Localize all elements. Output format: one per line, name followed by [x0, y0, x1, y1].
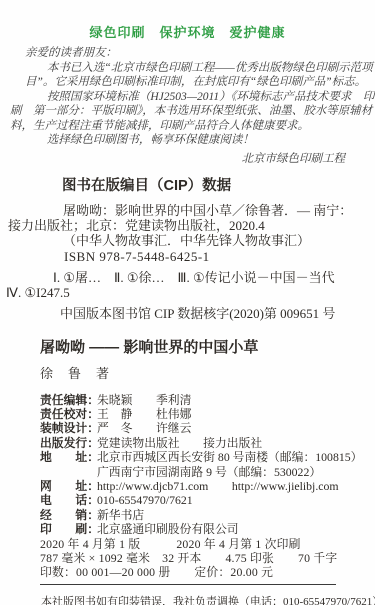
book-author: 徐 鲁 著	[40, 363, 375, 382]
cip-block: 图书在版编目（CIP）数据 屠呦呦：影响世界的中国小草／徐鲁著．— 南宁： 接力…	[0, 179, 375, 321]
notice-signature: 北京市绿色印刷工程	[0, 150, 345, 166]
cip-heading: 图书在版编目（CIP）数据	[62, 179, 375, 194]
green-printing-header: 绿色印刷 保护环境 爱护健康	[0, 22, 375, 41]
colophon-label: 责任编辑：	[40, 393, 97, 407]
colophon-label: 装帧设计：	[40, 421, 97, 435]
colophon-value: 党建读物出版社 接力出版社	[97, 436, 262, 450]
misprint-exchange-note: 本社版图书如有印装错误，我社负责调换（电话：010-65547970/7621）	[41, 593, 375, 605]
colophon-block: 责任编辑：朱晓颖 季利清 责任校对：王 静 杜伟娜 装帧设计：严 冬 许继云 出…	[40, 393, 375, 580]
colophon-row: 印 刷：北京盛通印刷股份有限公司	[40, 522, 375, 536]
book-title: 屠呦呦 —— 影响世界的中国小草	[40, 336, 375, 357]
copyright-page: 绿色印刷 保护环境 爱护健康 亲爱的读者朋友： 本书已入选“北京市绿色印刷工程—…	[0, 0, 375, 605]
cip-classification-line: Ⅰ. ①屠… Ⅱ. ①徐… Ⅲ. ①传记小说－中国－当代	[53, 270, 375, 285]
cip-record-line: 屠呦呦：影响世界的中国小草／徐鲁著．— 南宁：	[63, 203, 375, 218]
notice-line: 按照国家环境标准（HJ2503—2011）《环境标志产品技术要求 印	[25, 90, 347, 105]
colophon-row: 责任编辑：朱晓颖 季利清	[40, 393, 375, 407]
colophon-label: 电 话：	[40, 493, 97, 507]
reader-notice: 亲爱的读者朋友： 本书已入选“北京市绿色印刷工程——优秀出版物绿色印刷示范项 目…	[25, 46, 347, 148]
notice-line: 料，生产过程注重节能减排，印刷产品符合人体健康要求。	[10, 119, 347, 134]
isbn-line: ISBN 978-7-5448-6425-1	[64, 249, 375, 264]
notice-line: 刷 第一部分：平版印刷》，本书选用环保型纸张、油墨、胶水等原辅材	[10, 104, 347, 119]
colophon-label: 网 址：	[40, 479, 97, 493]
colophon-row: 地 址：北京市西城区西长安街 80 号南楼（邮编：100815）	[40, 450, 375, 464]
colophon-value: 王 静 杜伟娜	[97, 407, 191, 421]
edition-line: 2020 年 4 月第 1 版 2020 年 4 月第 1 次印刷	[40, 537, 375, 551]
notice-line: 选择绿色印刷图书，畅享环保健康阅读！	[25, 133, 347, 148]
colophon-value: 广西南宁市园湖南路 9 号（邮编：530022）	[97, 465, 321, 479]
colophon-label: 印 刷：	[40, 522, 97, 536]
colophon-row: 装帧设计：严 冬 许继云	[40, 421, 375, 435]
colophon-row: 电 话：010-65547970/7621	[40, 493, 375, 507]
print-run-line: 印数：00 001—20 000 册 定价：20.00 元	[40, 565, 375, 579]
colophon-value: 北京市西城区西长安街 80 号南楼（邮编：100815）	[97, 450, 362, 464]
colophon-row: 经 销：新华书店	[40, 508, 375, 522]
colophon-value: 010-65547970/7621	[97, 493, 193, 507]
colophon-label: 经 销：	[40, 508, 97, 522]
colophon-label: 责任校对：	[40, 407, 97, 421]
notice-line: 目”。它采用绿色印刷标准印制，在封底印有“绿色印刷产品”标志。	[25, 75, 347, 90]
colophon-label: 地 址：	[40, 450, 97, 464]
book-title-block: 屠呦呦 —— 影响世界的中国小草 徐 鲁 著	[40, 336, 375, 382]
format-line: 787 毫米 × 1092 毫米 32 开本 4.75 印张 70 千字	[40, 551, 375, 565]
colophon-row: 责任校对：王 静 杜伟娜	[40, 407, 375, 421]
footer-divider	[40, 584, 336, 585]
colophon-row: 网 址：http://www.djcb71.com http://www.jie…	[40, 479, 375, 493]
cip-series-line: （中华人物故事汇．中华先锋人物故事汇）	[63, 233, 375, 248]
cip-classification-line: Ⅳ. ①I247.5	[6, 285, 375, 300]
colophon-row: 出版发行：党建读物出版社 接力出版社	[40, 436, 375, 450]
colophon-value: 严 冬 许继云	[97, 421, 191, 435]
colophon-value: 新华书店	[97, 508, 144, 522]
notice-line: 本书已入选“北京市绿色印刷工程——优秀出版物绿色印刷示范项	[25, 61, 347, 76]
colophon-value: http://www.djcb71.com http://www.jielibj…	[97, 479, 339, 493]
colophon-label: 出版发行：	[40, 436, 97, 450]
colophon-row: 广西南宁市园湖南路 9 号（邮编：530022）	[40, 465, 375, 479]
notice-salutation: 亲爱的读者朋友：	[25, 46, 347, 61]
cip-record-line: 接力出版社；北京：党建读物出版社，2020.4	[8, 218, 375, 233]
colophon-value: 北京盛通印刷股份有限公司	[97, 522, 239, 536]
colophon-value: 朱晓颖 季利清	[97, 393, 191, 407]
cip-registry-line: 中国版本图书馆 CIP 数据核字(2020)第 009651 号	[60, 306, 375, 321]
